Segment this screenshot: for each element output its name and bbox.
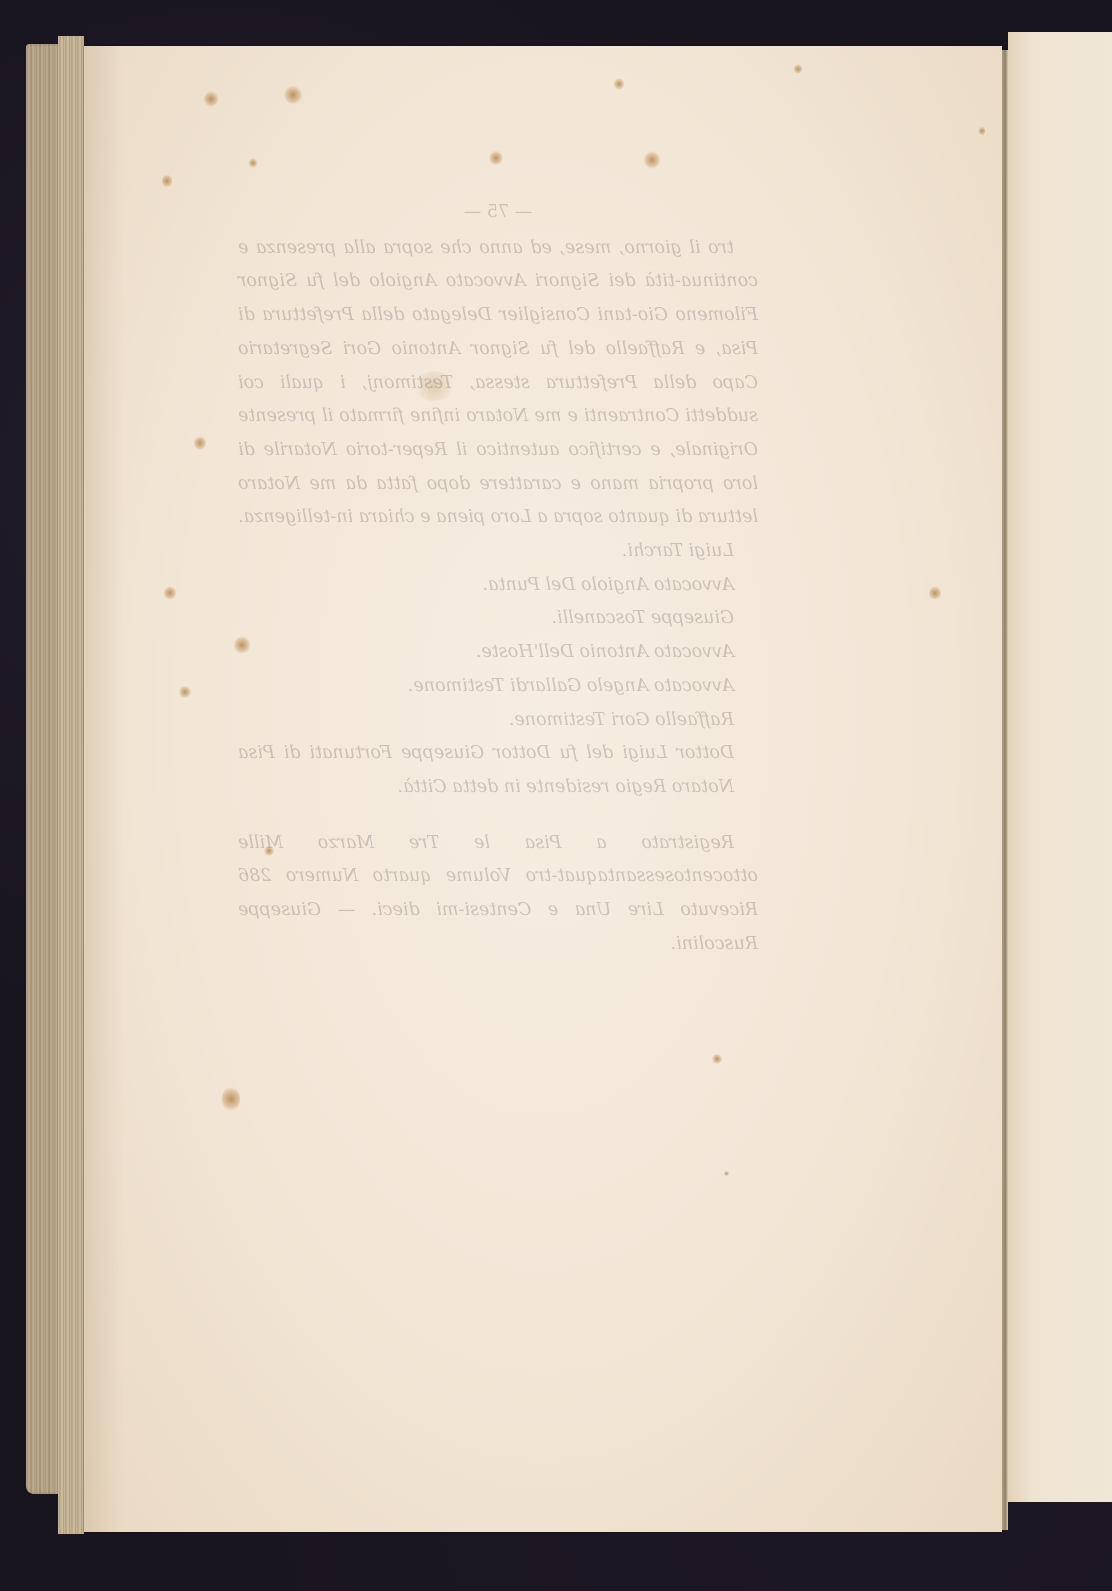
foxing-spot bbox=[724, 1171, 729, 1176]
foxing-spot bbox=[222, 1086, 240, 1112]
foxing-spot bbox=[979, 126, 985, 136]
foxing-spot bbox=[204, 91, 218, 107]
signature-line: Giuseppe Toscanelli. bbox=[238, 602, 758, 636]
signature-line: Avvocato Angiolo Del Punta. bbox=[238, 569, 758, 603]
foxing-spot bbox=[164, 586, 176, 600]
page-number: — 75 — bbox=[238, 196, 758, 230]
faint-lower-show-through bbox=[238, 915, 798, 1085]
foxing-spot bbox=[179, 686, 191, 698]
signature-line: Raffaello Gori Testimone. bbox=[238, 704, 758, 738]
ghost-paragraph: tro il giorno, mese, ed anno che sopra a… bbox=[238, 232, 758, 535]
foxing-spot bbox=[929, 586, 941, 600]
signature-line: Luigi Tarchi. bbox=[238, 535, 758, 569]
facing-page bbox=[1008, 32, 1112, 1502]
signature-line: Dottor Luigi del fu Dottor Giuseppe Fort… bbox=[238, 737, 758, 804]
foxing-spot bbox=[249, 158, 257, 168]
foxing-spot bbox=[162, 174, 172, 188]
signature-line: Avvocato Antonio Dell'Hoste. bbox=[238, 636, 758, 670]
foxing-spot bbox=[284, 86, 302, 104]
foxing-spot bbox=[614, 78, 624, 90]
signature-line: Avvocato Angelo Gallardi Testimone. bbox=[238, 670, 758, 704]
show-through-text: — 75 — tro il giorno, mese, ed anno che … bbox=[238, 196, 758, 961]
page-edge-inner bbox=[58, 36, 84, 1534]
foxing-spot bbox=[794, 64, 802, 74]
foxing-spot bbox=[489, 151, 503, 165]
foxing-spot bbox=[644, 151, 660, 169]
foxing-spot bbox=[194, 436, 206, 450]
